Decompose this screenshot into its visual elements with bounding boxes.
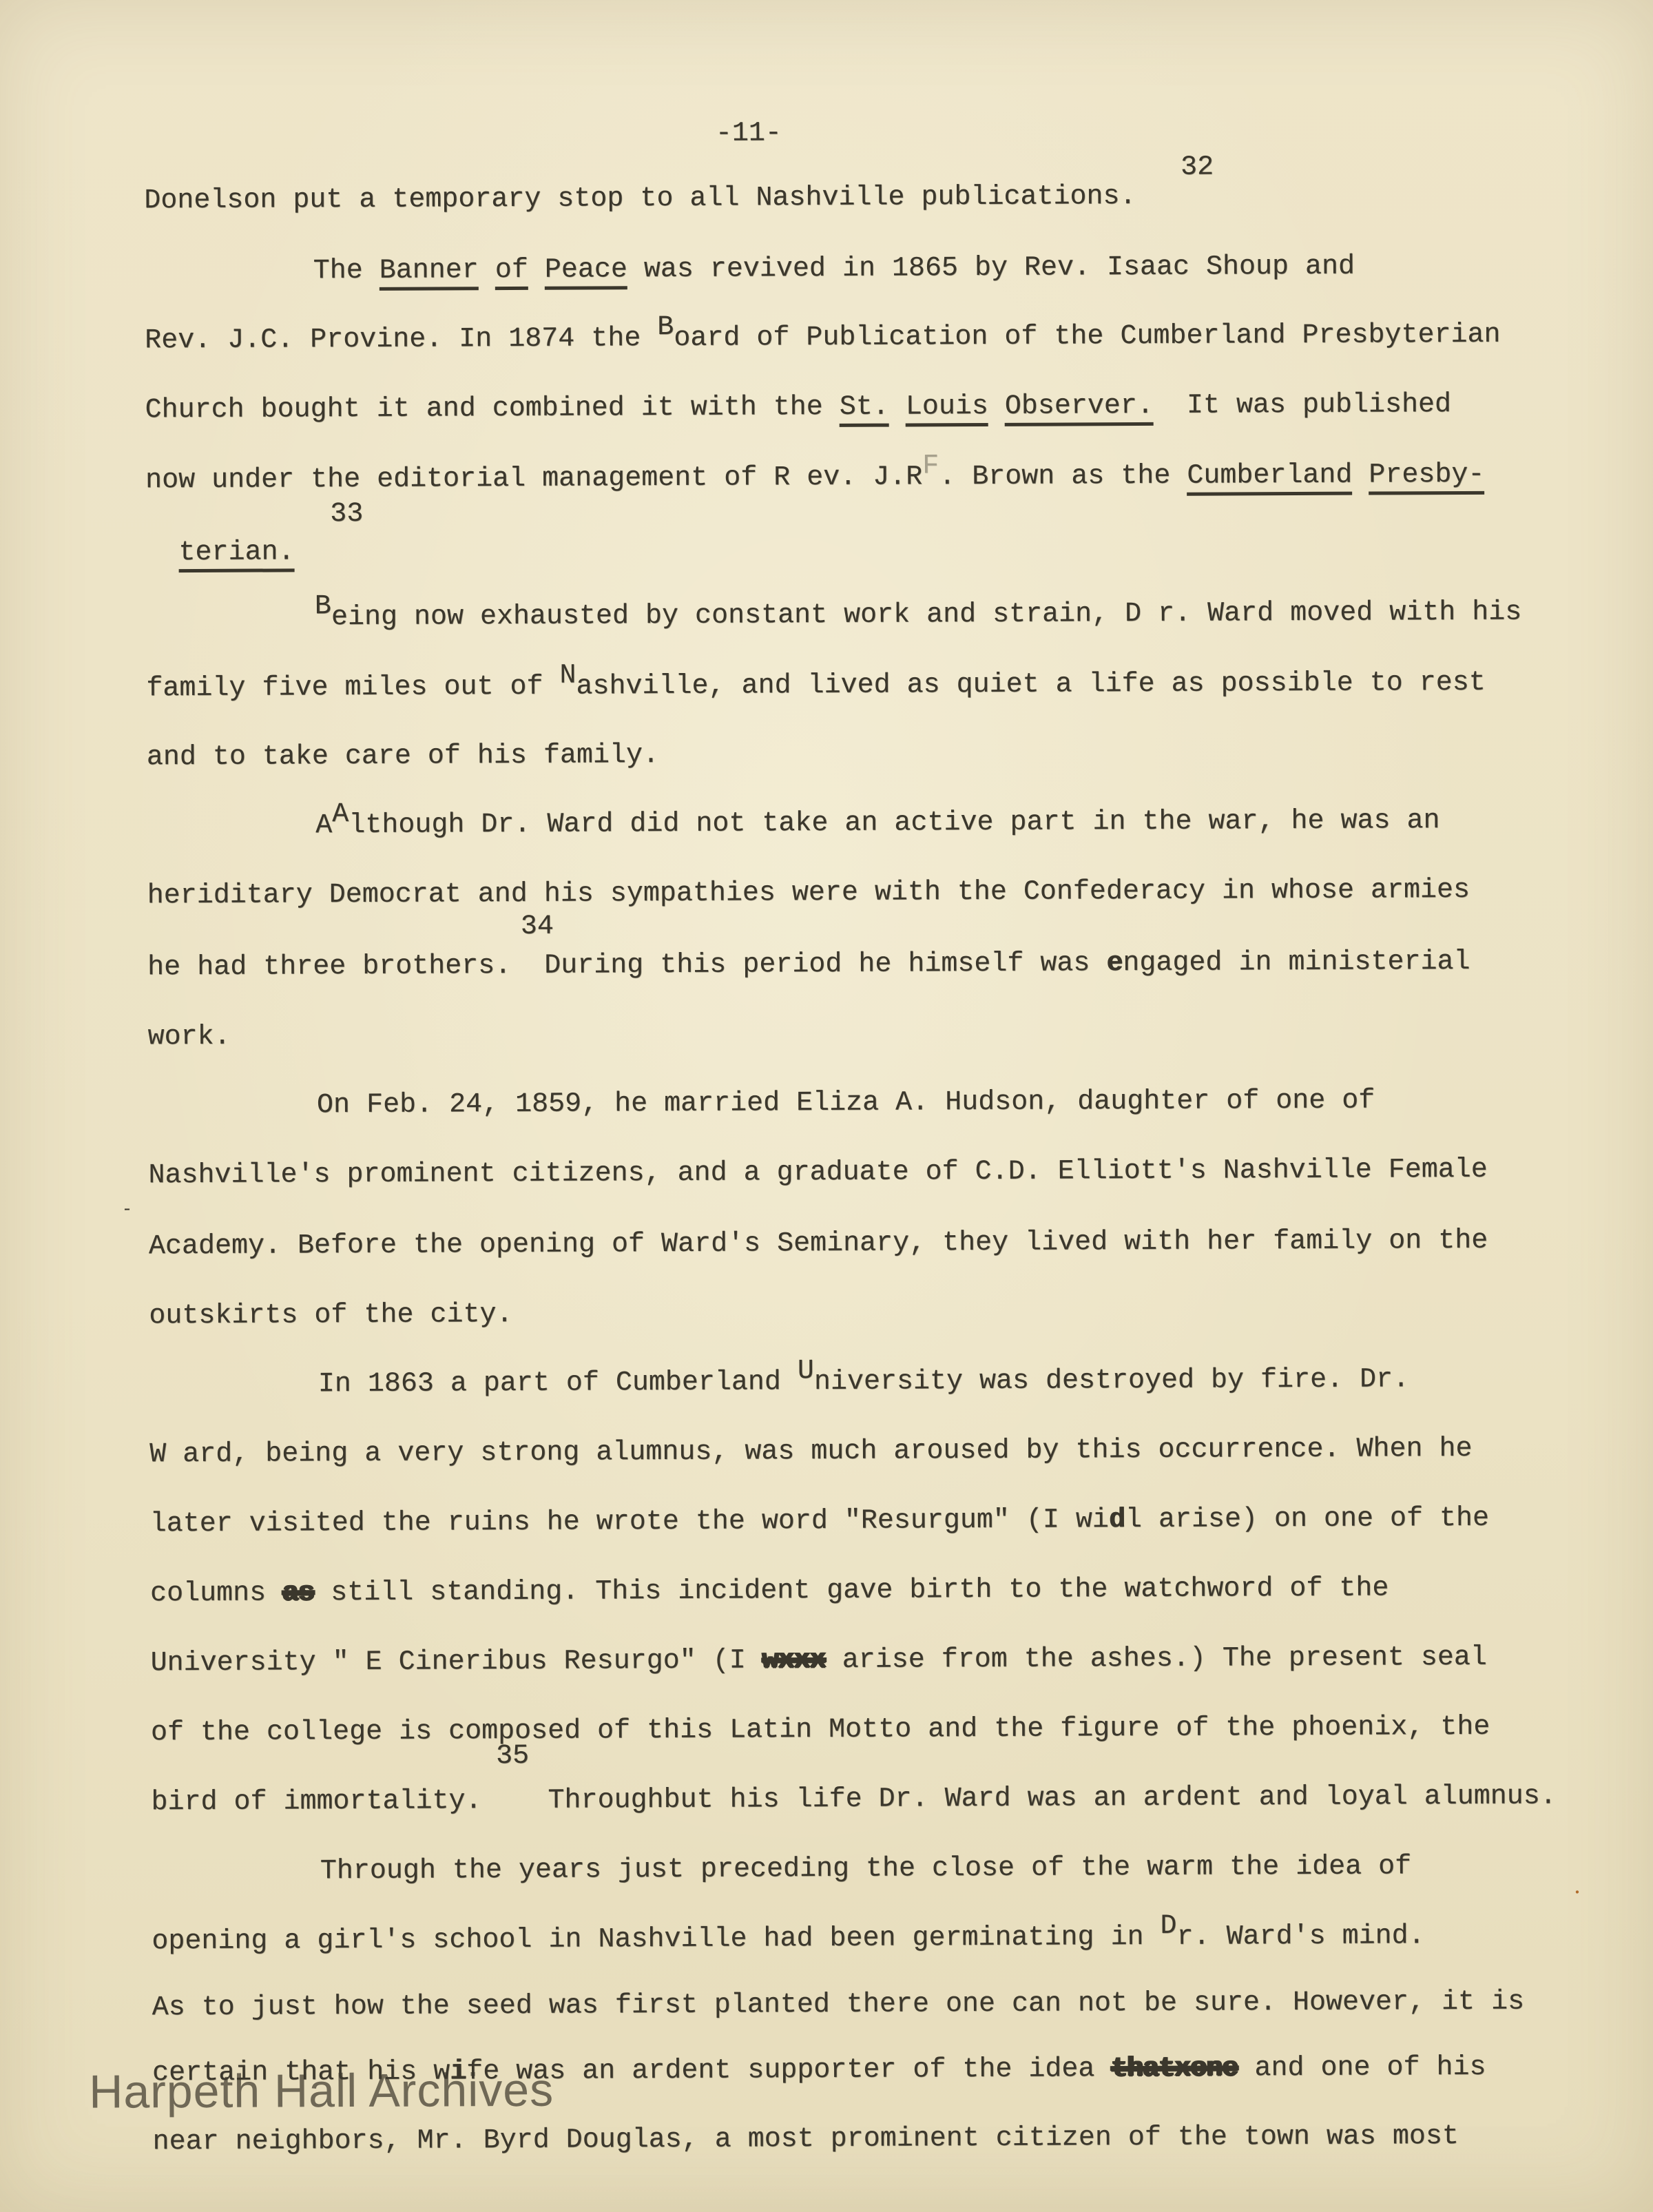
text-run: [889, 391, 906, 422]
text-run: Through the years just preceding the clo…: [320, 1851, 1411, 1887]
text-run: The: [313, 256, 380, 287]
underlined-text: Cumberland: [1187, 460, 1352, 496]
text-line: The Banner of Peace was revived in 1865 …: [313, 251, 1355, 288]
text-line: bird of immortality. Throughbut his life…: [151, 1781, 1557, 1819]
text-run: As to just how the seed was first plante…: [152, 1987, 1525, 2024]
typewritten-sheet: -11- Harpeth Hall Archives Donelson put …: [0, 0, 1653, 2212]
stray-mark: -: [122, 1200, 133, 1218]
text-line: outskirts of the city.: [149, 1299, 512, 1332]
overstruck-char: e: [1106, 948, 1123, 979]
text-run: 35: [496, 1741, 529, 1772]
raised-char: B: [315, 591, 331, 622]
underlined-text: St.: [840, 392, 889, 427]
raised-char: D: [1160, 1911, 1176, 1942]
text-run: Church bought it and combined it with th…: [145, 392, 840, 426]
text-run: r. Ward's mind.: [1176, 1921, 1424, 1953]
text-line: Through the years just preceding the clo…: [320, 1851, 1411, 1888]
text-run: Academy. Before the opening of Ward's Se…: [149, 1226, 1488, 1262]
text-run: In 1863 a part of Cumberland: [318, 1367, 798, 1400]
text-run: he had three brothers. During this perio…: [147, 948, 1106, 983]
text-line: terian.: [178, 537, 294, 569]
text-run: now under the editorial management of R …: [145, 462, 922, 496]
text-run: fe was an ardent supporter of the idea: [466, 2054, 1111, 2087]
text-run: was revived in 1865 by Rev. Isaac Shoup …: [627, 251, 1355, 286]
text-run: niversity was destroyed by fire. Dr.: [814, 1364, 1409, 1398]
text-line: certain that his wife was an ardent supp…: [152, 2052, 1486, 2089]
text-run: [988, 391, 1005, 422]
underlined-text: Peace: [545, 254, 627, 290]
footnote-ref: 33: [330, 499, 363, 530]
text-line: University " E Cineribus Resurgo" (I wxx…: [150, 1642, 1487, 1679]
text-line: heriditary Democrat and his sympathies w…: [147, 875, 1470, 912]
text-run: lthough Dr. Ward did not take an active …: [349, 805, 1439, 841]
underlined-text: Observer.: [1005, 391, 1154, 426]
text-line: On Feb. 24, 1859, he married Eliza A. Hu…: [317, 1086, 1375, 1122]
text-run: l arise) on one of the: [1125, 1503, 1489, 1536]
overstruck-char: d: [1109, 1505, 1125, 1536]
text-run: [1352, 460, 1369, 491]
text-line: work.: [147, 1022, 230, 1054]
text-run: and one of his: [1238, 2052, 1486, 2085]
text-line: of the college is composed of this Latin…: [151, 1712, 1490, 1749]
underlined-text: Banner: [380, 255, 479, 291]
text-run: family five miles out of: [146, 672, 559, 705]
struck-out-word: thatxone: [1111, 2053, 1238, 2085]
text-run: ashville, and lived as quiet a life as p…: [576, 668, 1485, 703]
text-run: It was published: [1154, 389, 1451, 422]
text-run: [528, 255, 545, 286]
text-run: outskirts of the city.: [149, 1299, 512, 1332]
text-line: and to take care of his family.: [147, 740, 659, 774]
raised-char: A: [332, 799, 349, 830]
text-line: now under the editorial management of R …: [145, 459, 1485, 497]
struck-out-word: as: [282, 1578, 314, 1609]
text-run: Donelson put a temporary stop to all Nas…: [144, 181, 1136, 216]
text-run: still standing. This incident gave birth…: [314, 1573, 1389, 1609]
text-run: bird of immortality. Throughbut his life…: [151, 1781, 1557, 1818]
underlined-text: of: [495, 255, 528, 290]
text-line: near neighbors, Mr. Byrd Douglas, a most…: [152, 2121, 1458, 2158]
text-line: Rev. J.C. Provine. In 1874 the Board of …: [145, 320, 1501, 358]
overstruck-char: i: [450, 2056, 466, 2087]
raised-char: N: [559, 661, 576, 692]
text-line: Being now exhausted by constant work and…: [315, 597, 1521, 634]
text-line: columns as still standing. This incident…: [150, 1573, 1389, 1610]
text-run: 33: [330, 499, 363, 530]
text-line: Academy. Before the opening of Ward's Se…: [149, 1226, 1488, 1263]
text-run: oard of Publication of the Cumberland Pr…: [674, 320, 1500, 354]
text-run: 32: [1181, 152, 1214, 183]
text-line: In 1863 a part of Cumberland University …: [318, 1364, 1409, 1400]
footnote-ref: 35: [496, 1741, 529, 1772]
text-run: ngaged in ministerial: [1123, 947, 1470, 979]
text-run: University " E Cineribus Resurgo" (I: [150, 1645, 762, 1679]
text-line: later visited the ruins he wrote the wor…: [150, 1503, 1490, 1540]
text-run: On Feb. 24, 1859, he married Eliza A. Hu…: [317, 1086, 1375, 1121]
text-run: and to take care of his family.: [147, 740, 659, 773]
text-run: opening a girl's school in Nashville had…: [152, 1922, 1160, 1957]
text-run: Rev. J.C. Provine. In 1874 the: [145, 323, 657, 356]
struck-out-word: wxxx: [762, 1645, 826, 1676]
underlined-text: Presby-: [1369, 459, 1484, 495]
raised-char: B: [657, 312, 674, 343]
text-line: AAlthough Dr. Ward did not take an activ…: [315, 805, 1439, 842]
text-line: Donelson put a temporary stop to all Nas…: [144, 181, 1136, 217]
text-run: . Brown as the: [939, 461, 1187, 493]
stray-mark: ●: [1575, 1884, 1579, 1902]
document-page: -11- Harpeth Hall Archives Donelson put …: [0, 0, 1653, 2212]
text-line: Church bought it and combined it with th…: [145, 389, 1452, 426]
raised-char: U: [798, 1356, 814, 1387]
text-run: [479, 255, 495, 286]
text-run: certain that his w: [152, 2056, 450, 2089]
text-run: Nashville's prominent citizens, and a gr…: [148, 1155, 1488, 1191]
text-line: he had three brothers. During this perio…: [147, 947, 1470, 984]
text-line: Nashville's prominent citizens, and a gr…: [148, 1155, 1488, 1192]
footnote-ref: 32: [1181, 152, 1214, 184]
text-run: eing now exhausted by constant work and …: [331, 597, 1521, 634]
text-run: A: [315, 810, 332, 841]
page-number: -11-: [716, 118, 782, 149]
ghost-char: F: [922, 451, 939, 482]
text-line: W ard, being a very strong alumnus, was …: [149, 1434, 1472, 1471]
text-run: columns: [150, 1578, 282, 1609]
text-run: work.: [147, 1022, 230, 1053]
underlined-text: Louis: [906, 391, 988, 427]
footnote-ref: 34: [521, 911, 554, 943]
text-run: W ard, being a very strong alumnus, was …: [149, 1434, 1472, 1470]
text-run: heriditary Democrat and his sympathies w…: [147, 875, 1470, 911]
text-run: later visited the ruins he wrote the wor…: [150, 1505, 1109, 1540]
text-line: family five miles out of Nashville, and …: [146, 668, 1486, 705]
text-line: opening a girl's school in Nashville had…: [152, 1921, 1425, 1958]
text-run: arise from the ashes.) The present seal: [826, 1642, 1487, 1676]
text-run: of the college is composed of this Latin…: [151, 1712, 1490, 1748]
underlined-text: terian.: [178, 537, 294, 572]
text-run: near neighbors, Mr. Byrd Douglas, a most…: [152, 2121, 1458, 2158]
text-line: As to just how the seed was first plante…: [152, 1987, 1525, 2025]
text-run: 34: [521, 911, 554, 942]
